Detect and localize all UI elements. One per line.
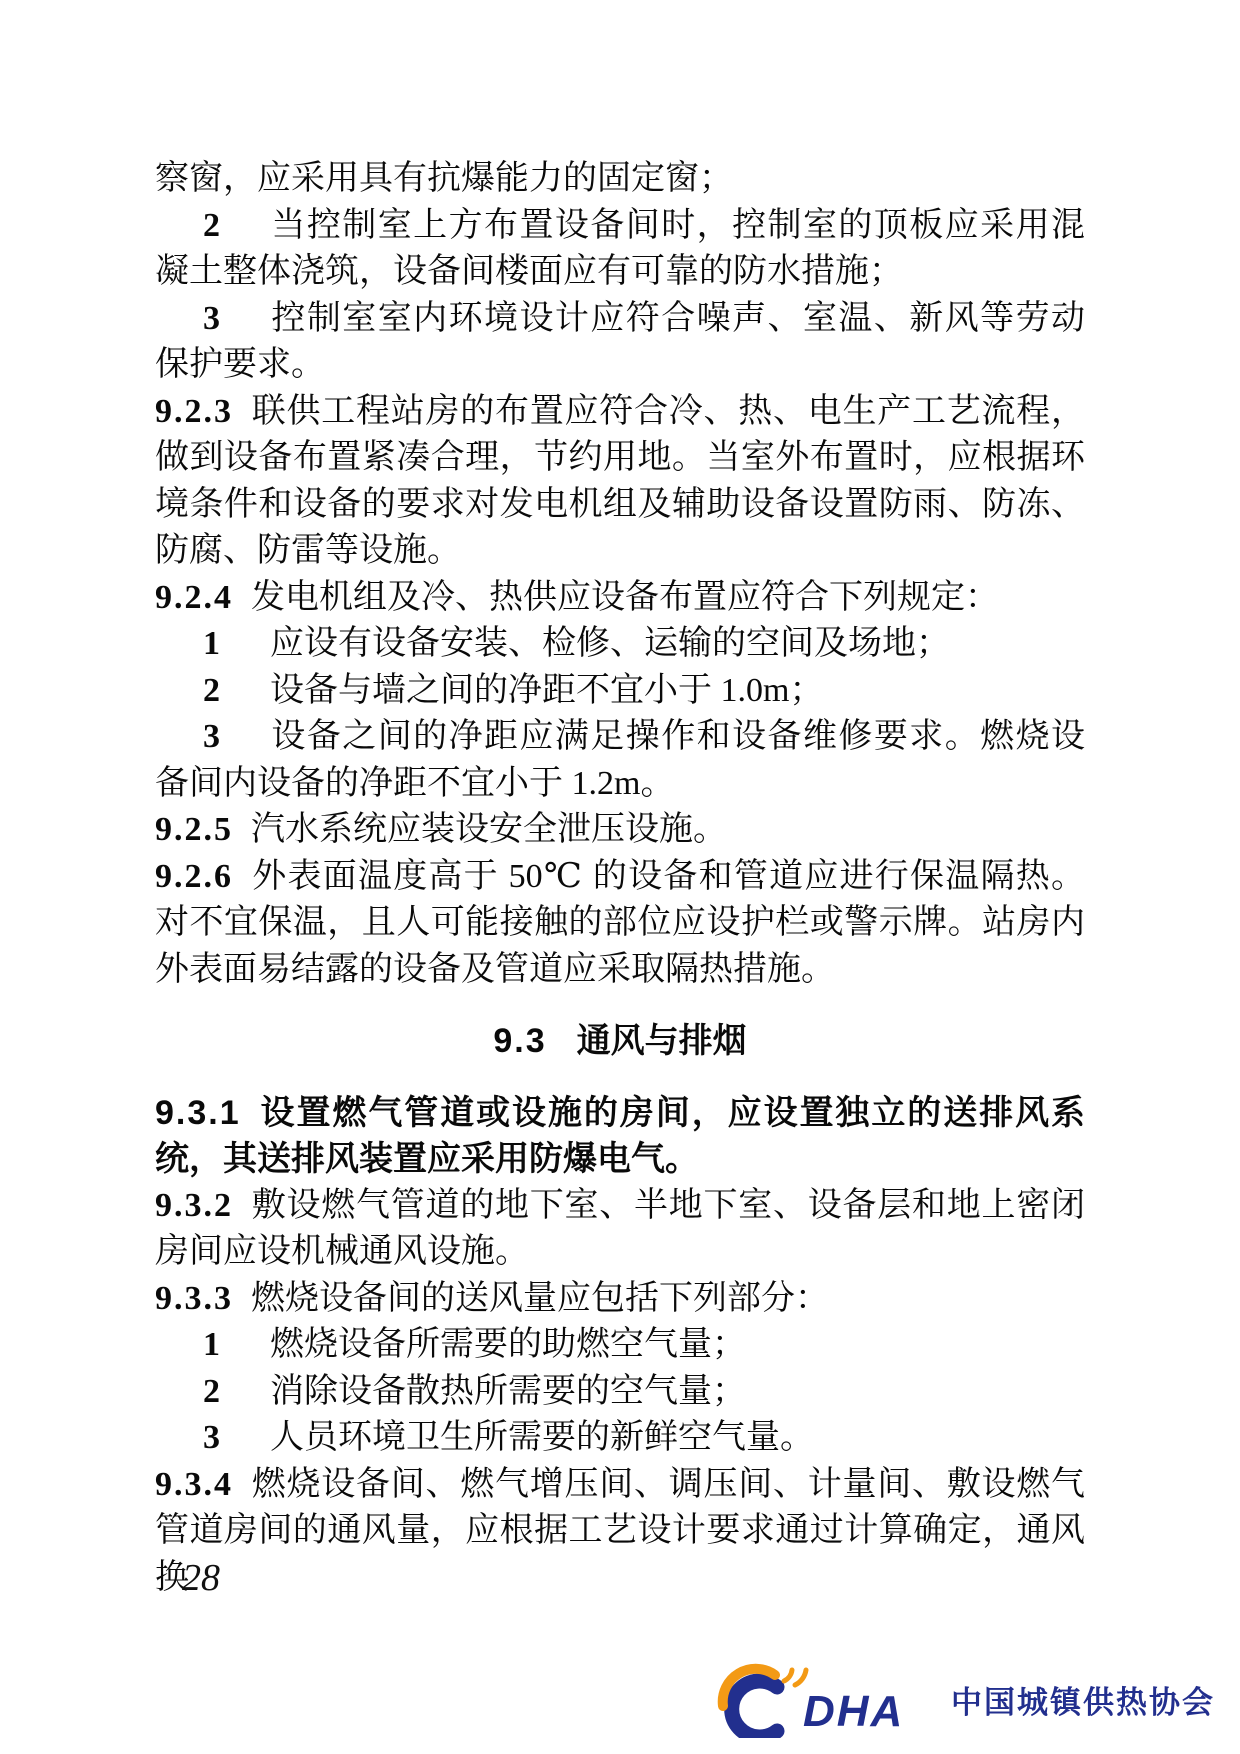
logo-c-arc — [732, 1681, 777, 1737]
item-number: 1 — [203, 625, 220, 662]
clause-9-3-1: 9.3.1设置燃气管道或设施的房间，应设置独立的送排风系统，其送排风装置应采用防… — [155, 1090, 1085, 1183]
clause-text: 联供工程站房的布置应符合冷、热、电生产工艺流程，做到设备布置紧凑合理，节约用地。… — [155, 393, 1085, 570]
clause-9-2-3: 9.2.3联供工程站房的布置应符合冷、热、电生产工艺流程，做到设备布置紧凑合理，… — [155, 389, 1085, 575]
list-item-2: 2设备与墙之间的净距不宜小于 1.0m； — [155, 668, 1085, 715]
clause-text: 燃烧设备间、燃气增压间、调压间、计量间、敷设燃气管道房间的通风量，应根据工艺设计… — [155, 1466, 1085, 1596]
item-text: 人员环境卫生所需要的新鲜空气量。 — [270, 1419, 814, 1456]
item-number: 2 — [203, 1373, 220, 1410]
logo-association-name: 中国城镇供热协会 — [951, 1677, 1215, 1722]
page-number: 28 — [182, 1556, 220, 1600]
item-number: 2 — [203, 672, 220, 709]
item-text: 设备与墙之间的净距不宜小于 1.0m； — [270, 672, 823, 709]
clause-9-2-4: 9.2.4发电机组及冷、热供应设备布置应符合下列规定： — [155, 575, 1085, 622]
clause-text: 燃烧设备间的送风量应包括下列部分： — [251, 1280, 829, 1317]
list-item-3: 3设备之间的净距应满足操作和设备维修要求。燃烧设备间内设备的净距不宜小于 1.2… — [155, 714, 1085, 807]
clause-text: 汽水系统应装设安全泄压设施。 — [251, 811, 727, 848]
clause-number: 9.2.4 — [155, 579, 233, 616]
list-item-3: 3人员环境卫生所需要的新鲜空气量。 — [155, 1415, 1085, 1462]
clause-text: 外表面温度高于 50℃ 的设备和管道应进行保温隔热。对不宜保温，且人可能接触的部… — [155, 858, 1085, 988]
cdha-logo: DHA 中国城镇供热协会 — [707, 1660, 1215, 1738]
section-title: 通风与排烟 — [577, 1022, 747, 1060]
clause-9-2-6: 9.2.6外表面温度高于 50℃ 的设备和管道应进行保温隔热。对不宜保温，且人可… — [155, 854, 1085, 994]
item-number: 2 — [203, 207, 220, 244]
logo-wave-icon — [795, 1670, 806, 1685]
item-text: 当控制室上方布置设备间时，控制室的顶板应采用混凝土整体浇筑，设备间楼面应有可靠的… — [155, 207, 1085, 291]
clause-number: 9.2.3 — [155, 393, 233, 430]
list-item-1: 1应设有设备安装、检修、运输的空间及场地； — [155, 621, 1085, 668]
clause-number: 9.3.2 — [155, 1187, 233, 1224]
document-page: 察窗，应采用具有抗爆能力的固定窗； 2当控制室上方布置设备间时，控制室的顶板应采… — [0, 0, 1240, 1754]
paragraph-continuation: 察窗，应采用具有抗爆能力的固定窗； — [155, 156, 1085, 203]
item-number: 1 — [203, 1326, 220, 1363]
clause-text: 设置燃气管道或设施的房间，应设置独立的送排风系统，其送排风装置应采用防爆电气。 — [155, 1094, 1085, 1179]
item-text: 消除设备散热所需要的空气量； — [270, 1373, 746, 1410]
list-item-2: 2消除设备散热所需要的空气量； — [155, 1369, 1085, 1416]
logo-acronym: DHA — [803, 1687, 904, 1736]
item-number: 3 — [203, 718, 220, 755]
section-heading-9-3: 9.3通风与排烟 — [155, 1018, 1085, 1065]
clause-number: 9.3.1 — [155, 1094, 241, 1132]
clause-9-3-3: 9.3.3燃烧设备间的送风量应包括下列部分： — [155, 1276, 1085, 1323]
clause-number: 9.3.3 — [155, 1280, 233, 1317]
clause-number: 9.2.5 — [155, 811, 233, 848]
item-text: 设备之间的净距应满足操作和设备维修要求。燃烧设备间内设备的净距不宜小于 1.2m… — [155, 718, 1085, 802]
logo-wave-icon — [784, 1670, 792, 1681]
page-body-text: 察窗，应采用具有抗爆能力的固定窗； 2当控制室上方布置设备间时，控制室的顶板应采… — [155, 156, 1085, 1601]
clause-number: 9.2.6 — [155, 858, 233, 895]
clause-9-3-4: 9.3.4燃烧设备间、燃气增压间、调压间、计量间、敷设燃气管道房间的通风量，应根… — [155, 1462, 1085, 1602]
list-item-3: 3控制室室内环境设计应符合噪声、室温、新风等劳动保护要求。 — [155, 296, 1085, 389]
clause-text: 敷设燃气管道的地下室、半地下室、设备层和地上密闭房间应设机械通风设施。 — [155, 1187, 1085, 1271]
cdha-logo-icon: DHA — [707, 1660, 939, 1738]
list-item-1: 1燃烧设备所需要的助燃空气量； — [155, 1322, 1085, 1369]
clause-9-2-5: 9.2.5汽水系统应装设安全泄压设施。 — [155, 807, 1085, 854]
paragraph-text: 察窗，应采用具有抗爆能力的固定窗； — [155, 160, 733, 197]
list-item-2: 2当控制室上方布置设备间时，控制室的顶板应采用混凝土整体浇筑，设备间楼面应有可靠… — [155, 203, 1085, 296]
clause-9-3-2: 9.3.2敷设燃气管道的地下室、半地下室、设备层和地上密闭房间应设机械通风设施。 — [155, 1183, 1085, 1276]
item-number: 3 — [203, 300, 220, 337]
item-text: 应设有设备安装、检修、运输的空间及场地； — [270, 625, 950, 662]
item-text: 燃烧设备所需要的助燃空气量； — [270, 1326, 746, 1363]
clause-number: 9.3.4 — [155, 1466, 233, 1503]
item-number: 3 — [203, 1419, 220, 1456]
item-text: 控制室室内环境设计应符合噪声、室温、新风等劳动保护要求。 — [155, 300, 1085, 384]
clause-text: 发电机组及冷、热供应设备布置应符合下列规定： — [251, 579, 999, 616]
section-number: 9.3 — [493, 1022, 546, 1060]
